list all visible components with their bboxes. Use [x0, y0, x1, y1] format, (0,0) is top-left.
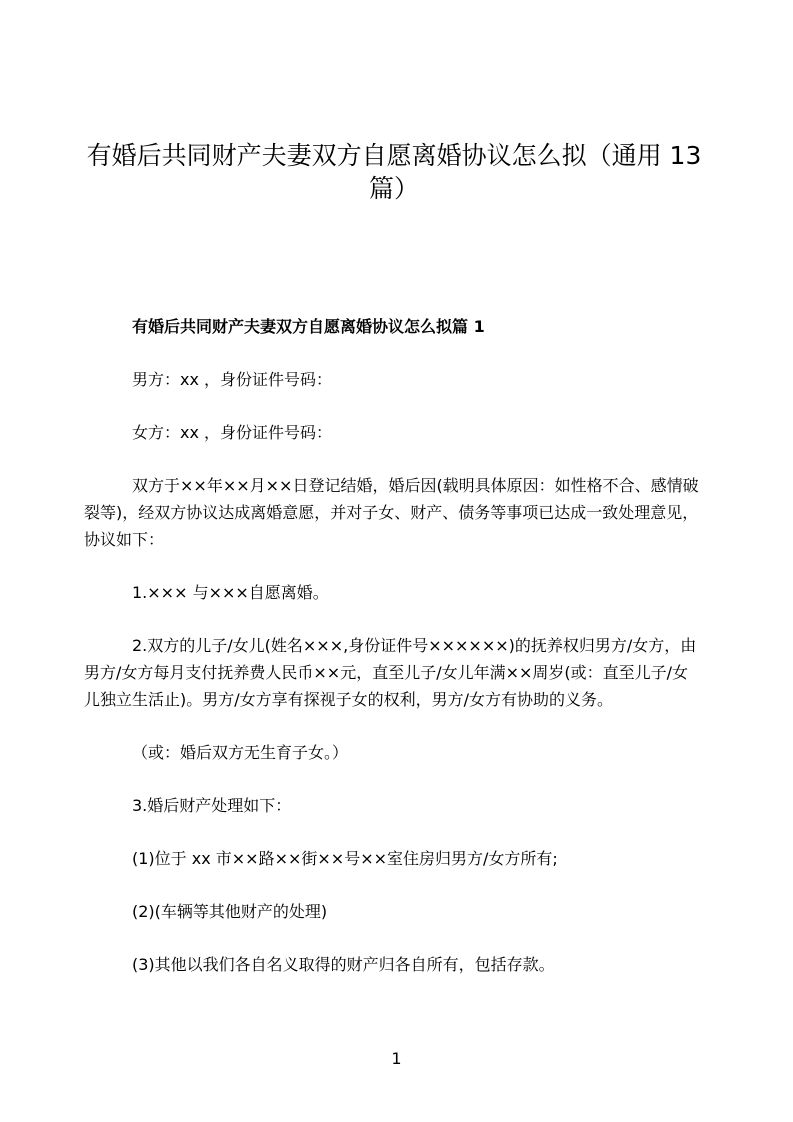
document-content: 有婚后共同财产夫妻双方自愿离婚协议怎么拟（通用 13 篇） 有婚后共同财产夫妻双… [84, 0, 704, 1004]
document-page: 有婚后共同财产夫妻双方自愿离婚协议怎么拟（通用 13 篇） 有婚后共同财产夫妻双… [0, 0, 793, 1122]
paragraph-marriage-background: 双方于××年××月××日登记结婚，婚后因(载明具体原因：如性格不合、感情破裂等)… [84, 472, 704, 553]
page-number: 1 [0, 1045, 793, 1072]
paragraph-no-children-alt: （或：婚后双方无生育子女。） [84, 739, 704, 766]
paragraph-clause-3-item-1: (1)位于 xx 市××路××街××号××室住房归男方/女方所有; [84, 845, 704, 872]
paragraph-clause-3-item-2: (2)(车辆等其他财产的处理) [84, 898, 704, 925]
paragraph-clause-2: 2.双方的儿子/女儿(姓名×××,身份证件号××××××)的抚养权归男方/女方，… [84, 632, 704, 713]
paragraph-clause-3: 3.婚后财产处理如下： [84, 792, 704, 819]
paragraph-male-party: 男方：xx ，身份证件号码： [84, 366, 704, 393]
paragraph-clause-1: 1.××× 与×××自愿离婚。 [84, 579, 704, 606]
paragraph-female-party: 女方：xx ，身份证件号码： [84, 419, 704, 446]
paragraph-clause-3-item-3: (3)其他以我们各自名义取得的财产归各自所有，包括存款。 [84, 951, 704, 978]
section-heading: 有婚后共同财产夫妻双方自愿离婚协议怎么拟篇 1 [84, 313, 704, 340]
document-title: 有婚后共同财产夫妻双方自愿离婚协议怎么拟（通用 13 篇） [78, 139, 710, 205]
